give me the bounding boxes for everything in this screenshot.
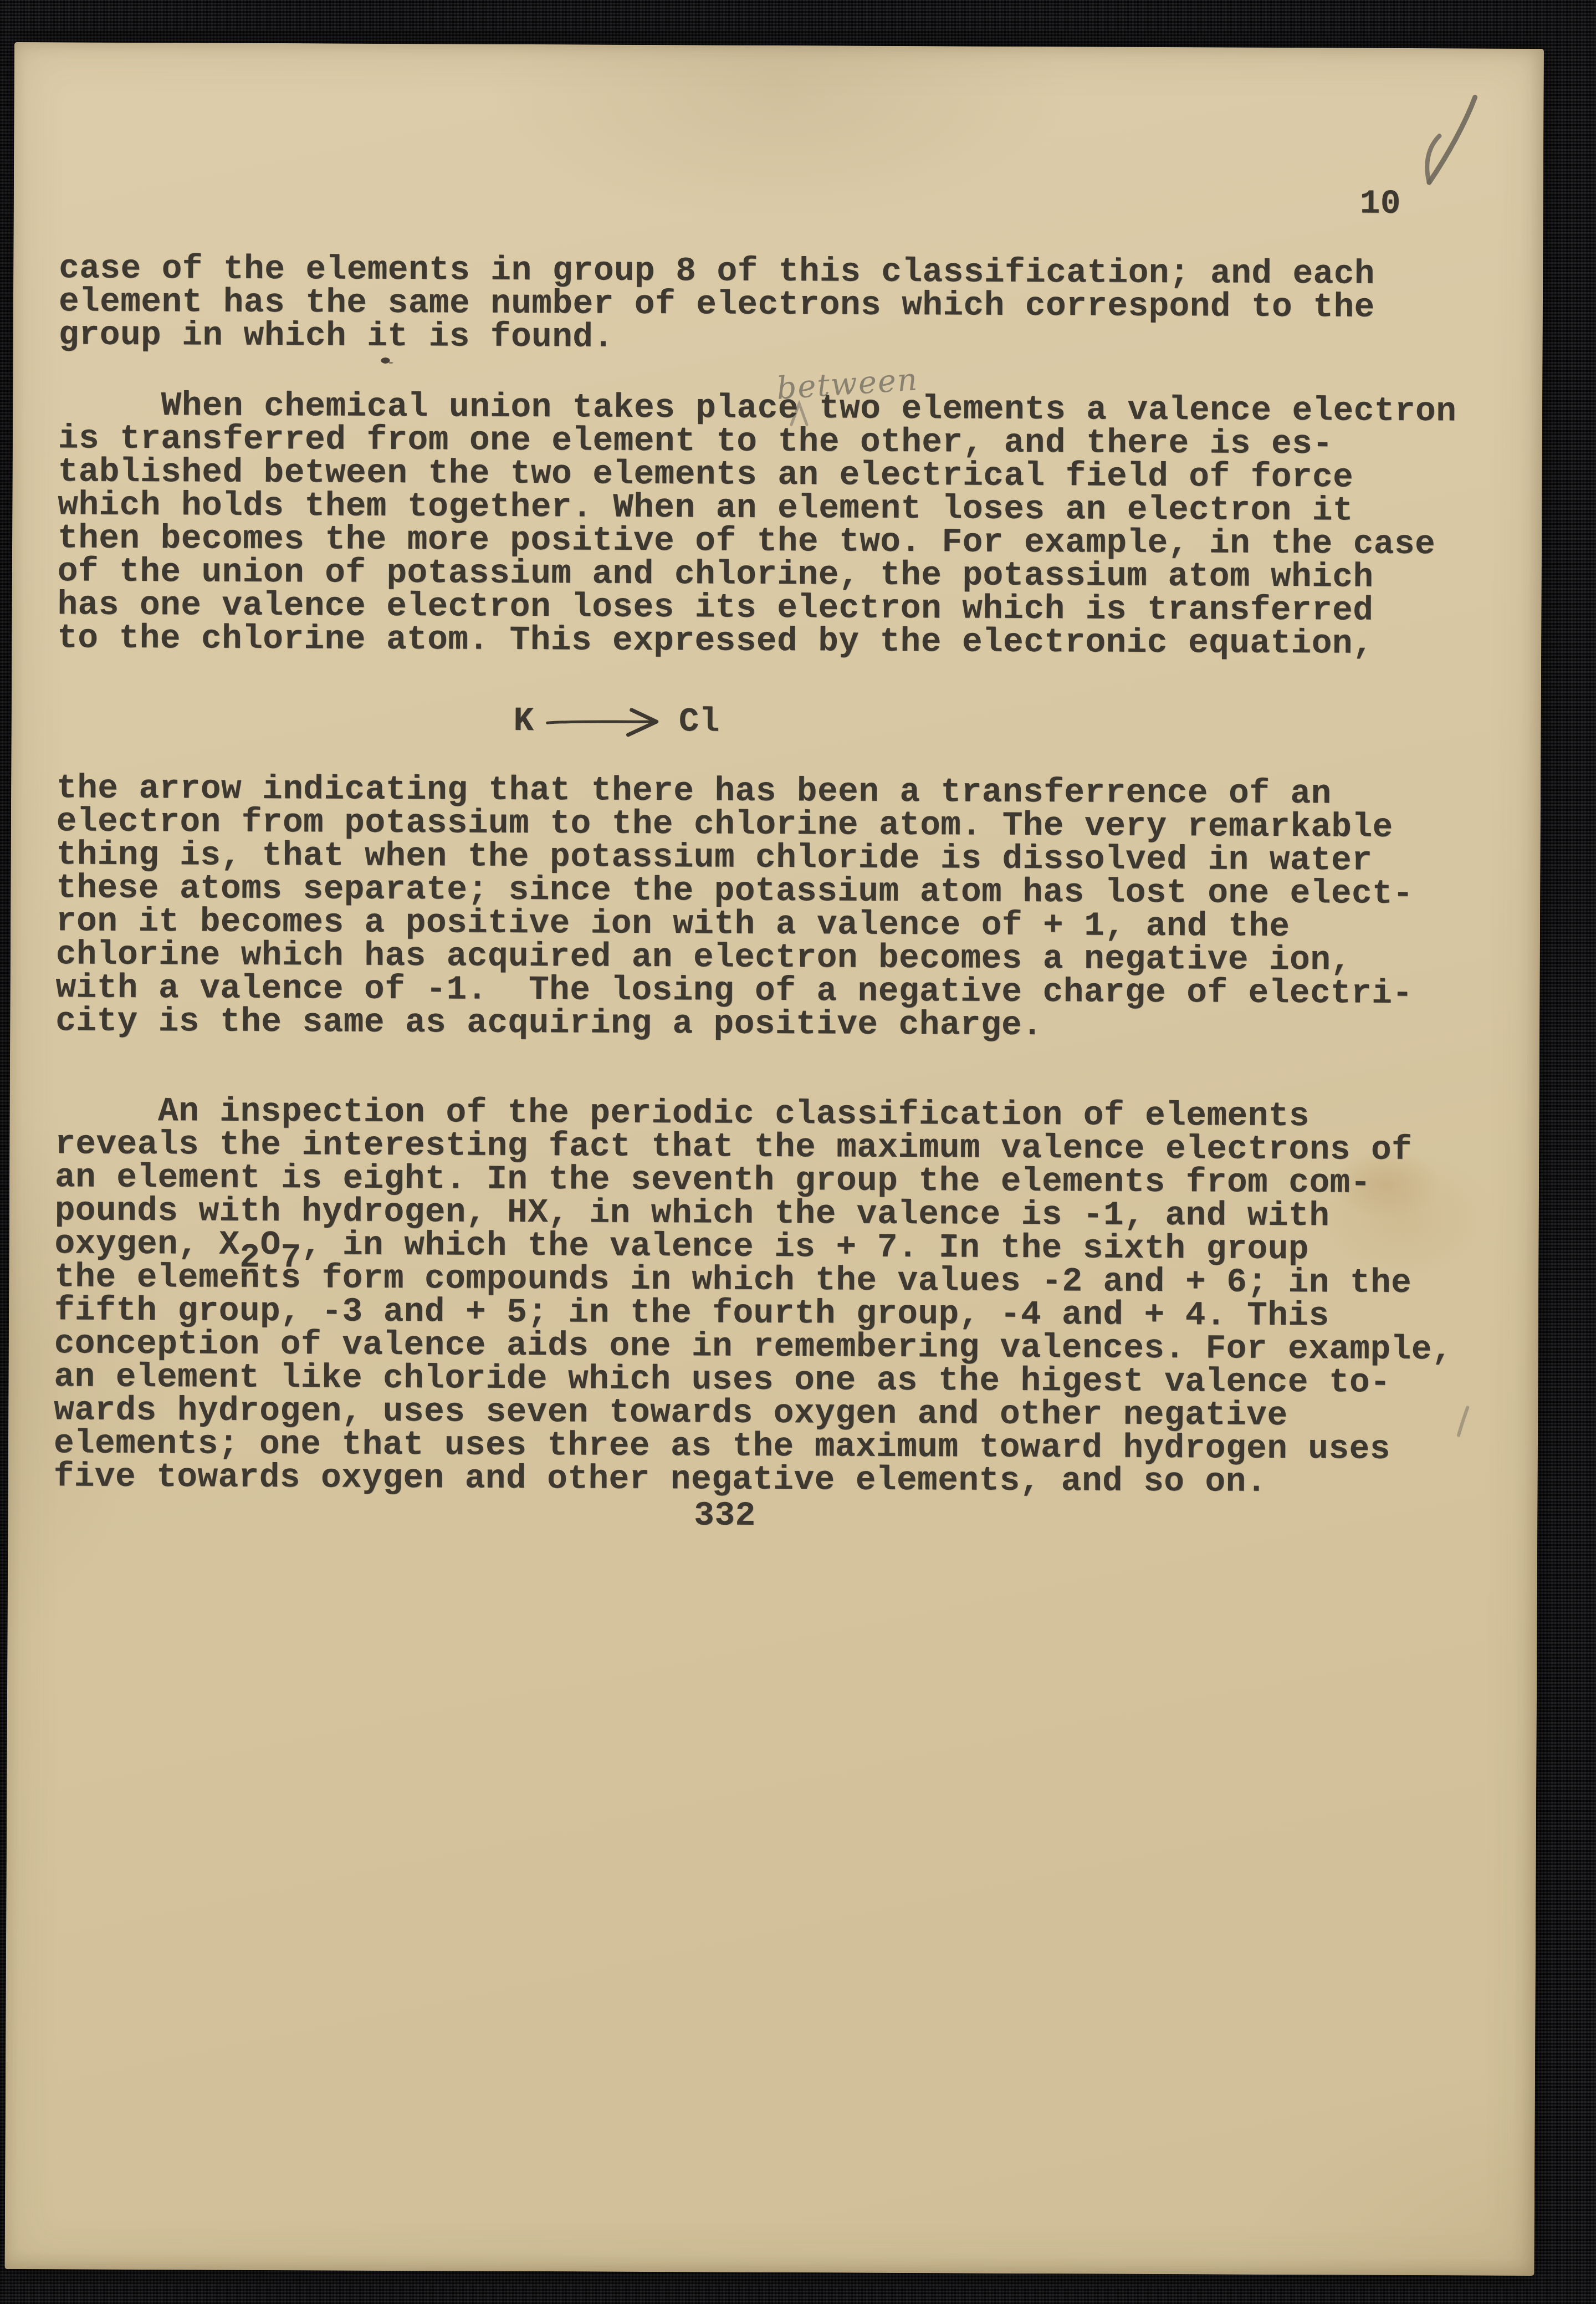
electronic-equation: K Cl: [514, 704, 720, 740]
paragraph: case of the elements in group 8 of this …: [59, 252, 1375, 357]
typewritten-text: 10 between K Cl 332 case of the elements: [4, 42, 1544, 2276]
paper-sheet: 10 between K Cl 332 case of the elements: [4, 42, 1544, 2276]
paragraph: An inspection of the periodic classifica…: [54, 1095, 1454, 1500]
pencil-checkmark-icon: [1413, 93, 1485, 196]
equation-lhs: K: [514, 705, 534, 738]
text-line: to the chlorine atom. This expressed by …: [57, 622, 1455, 661]
stray-pencil-mark-icon: [1456, 1404, 1470, 1438]
right-arrow-icon: [544, 704, 669, 740]
text-line: five towards oxygen and other negative e…: [54, 1460, 1452, 1500]
scanned-typescript-page: { "scan": { "colors": { "background": "#…: [0, 0, 1596, 2304]
paragraph: the arrow indicating that there has been…: [55, 772, 1414, 1044]
equation-rhs: Cl: [679, 706, 720, 739]
footer-number: 332: [694, 1499, 756, 1532]
paragraph: When chemical union takes place two elem…: [57, 389, 1456, 661]
page-number: 10: [1360, 188, 1401, 221]
ink-blot: [381, 357, 390, 364]
